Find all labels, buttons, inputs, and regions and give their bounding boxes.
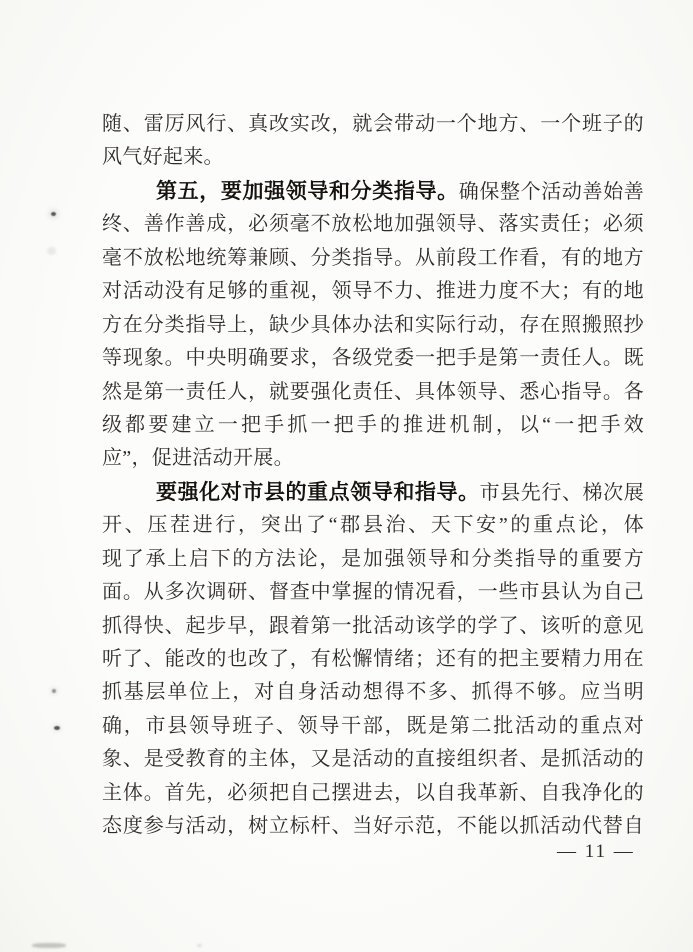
line-text: 级都要建立一把手抓一把手的推进机制，以“一把手效	[102, 414, 644, 436]
text-line: 级都要建立一把手抓一把手的推进机制，以“一把手效	[102, 409, 644, 442]
line-text: 现了承上启下的方法论，是加强领导和分类指导的重要方	[102, 548, 644, 570]
text-line: 终、善作善成，必须毫不放松地加强领导、落实责任；必须	[102, 208, 644, 241]
page-number: — 11 —	[557, 841, 635, 863]
section-heading: 要强化对市县的重点领导和指导。	[156, 481, 480, 504]
text-line: 现了承上启下的方法论，是加强领导和分类指导的重要方	[102, 543, 644, 576]
body-text: 随、雷厉风行、真改实改，就会带动一个地方、一个班子的 风气好起来。 第五，要加强…	[102, 108, 644, 844]
section-heading: 第五，要加强领导和分类指导。	[156, 180, 459, 203]
scan-speck	[197, 944, 202, 947]
text-line: 抓基层单位上，对自身活动想得不多、抓得不够。应当明	[102, 676, 644, 709]
line-text: 象、是受教育的主体，又是活动的直接组织者、是抓活动的	[102, 748, 644, 770]
scan-speck	[52, 689, 56, 693]
scan-speck	[54, 726, 60, 730]
text-line: 方在分类指导上，缺少具体办法和实际行动，存在照搬照抄	[102, 309, 644, 342]
line-text: 市县先行、梯次展	[480, 482, 644, 504]
text-line: 随、雷厉风行、真改实改，就会带动一个地方、一个班子的	[102, 108, 644, 141]
line-text: 随、雷厉风行、真改实改，就会带动一个地方、一个班子的	[102, 113, 644, 135]
line-text: 风气好起来。	[102, 146, 224, 168]
line-text: 确保整个活动善始善	[459, 181, 644, 203]
line-text: 抓得快、起步早，跟着第一批活动该学的学了、该听的意见	[102, 615, 644, 637]
text-line: 象、是受教育的主体，又是活动的直接组织者、是抓活动的	[102, 743, 644, 776]
line-text: 开、压茬进行，突出了“郡县治、天下安”的重点论，体	[102, 514, 644, 536]
line-text: 听了、能改的也改了，有松懈情绪；还有的把主要精力用在	[102, 648, 644, 670]
line-text: 毫不放松地统筹兼顾、分类指导。从前段工作看，有的地方	[102, 247, 644, 269]
scan-speck	[51, 212, 56, 216]
line-text: 主体。首先，必须把自己摆进去，以自我革新、自我净化的	[102, 782, 644, 804]
line-text: 确，市县领导班子、领导干部，既是第二批活动的重点对	[102, 715, 644, 737]
text-line: 面。从多次调研、督查中掌握的情况看，一些市县认为自己	[102, 576, 644, 609]
text-line: 应”，促进活动开展。	[102, 442, 644, 475]
text-line: 第五，要加强领导和分类指导。确保整个活动善始善	[102, 175, 644, 208]
document-page: 随、雷厉风行、真改实改，就会带动一个地方、一个班子的 风气好起来。 第五，要加强…	[0, 0, 693, 952]
line-text: 态度参与活动，树立标杆、当好示范，不能以抓活动代替自	[102, 815, 644, 837]
line-text: 然是第一责任人，就要强化责任、具体领导、悉心指导。各	[102, 381, 644, 403]
line-text: 等现象。中央明确要求，各级党委一把手是第一责任人。既	[102, 347, 644, 369]
scan-speck	[47, 247, 56, 255]
line-text: 对活动没有足够的重视，领导不力、推进力度不大；有的地	[102, 280, 644, 302]
text-line: 态度参与活动，树立标杆、当好示范，不能以抓活动代替自	[102, 810, 644, 843]
line-text: 终、善作善成，必须毫不放松地加强领导、落实责任；必须	[102, 213, 644, 235]
scan-smudge	[32, 943, 66, 948]
text-line: 风气好起来。	[102, 141, 644, 174]
line-text: 应”，促进活动开展。	[102, 447, 294, 469]
text-line: 要强化对市县的重点领导和指导。市县先行、梯次展	[102, 476, 644, 509]
text-line: 对活动没有足够的重视，领导不力、推进力度不大；有的地	[102, 275, 644, 308]
text-line: 等现象。中央明确要求，各级党委一把手是第一责任人。既	[102, 342, 644, 375]
text-line: 确，市县领导班子、领导干部，既是第二批活动的重点对	[102, 710, 644, 743]
text-line: 毫不放松地统筹兼顾、分类指导。从前段工作看，有的地方	[102, 242, 644, 275]
line-text: 抓基层单位上，对自身活动想得不多、抓得不够。应当明	[102, 681, 644, 703]
line-text: 面。从多次调研、督查中掌握的情况看，一些市县认为自己	[102, 581, 644, 603]
text-line: 抓得快、起步早，跟着第一批活动该学的学了、该听的意见	[102, 610, 644, 643]
text-line: 开、压茬进行，突出了“郡县治、天下安”的重点论，体	[102, 509, 644, 542]
line-text: 方在分类指导上，缺少具体办法和实际行动，存在照搬照抄	[102, 314, 644, 336]
text-line: 然是第一责任人，就要强化责任、具体领导、悉心指导。各	[102, 376, 644, 409]
text-line: 主体。首先，必须把自己摆进去，以自我革新、自我净化的	[102, 777, 644, 810]
text-line: 听了、能改的也改了，有松懈情绪；还有的把主要精力用在	[102, 643, 644, 676]
